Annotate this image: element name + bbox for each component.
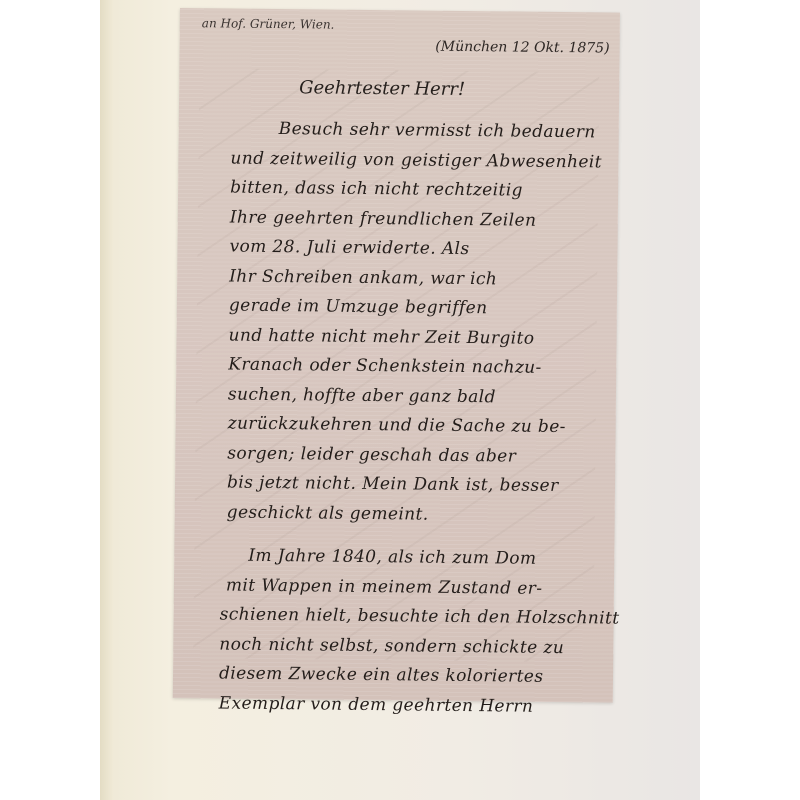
mount-edge (100, 0, 114, 800)
recipient-note: an Hof. Grüner, Wien. (202, 16, 335, 31)
letter-sheet: an Hof. Grüner, Wien. (München 12 Okt. 1… (173, 8, 620, 703)
date-note: (München 12 Okt. 1875) (435, 39, 609, 57)
letter-line: diesem Zwecke ein altes koloriertes (173, 663, 659, 688)
salutation: Geehrtester Herr! (299, 77, 465, 100)
